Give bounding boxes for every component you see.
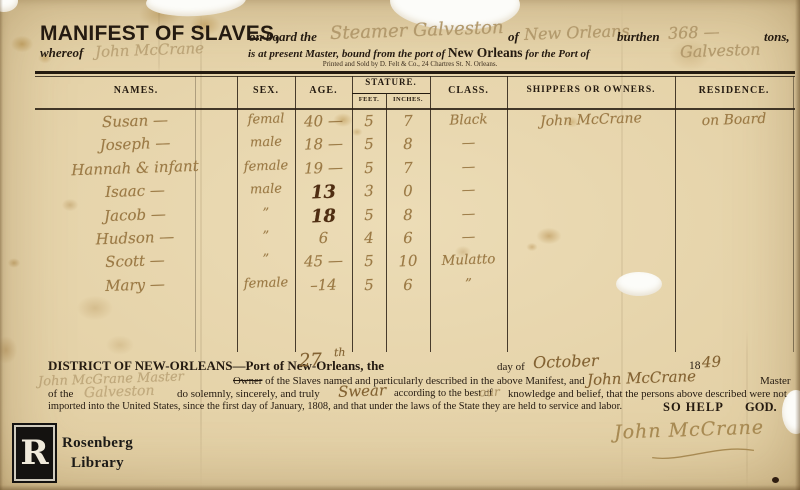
- of-label: of: [508, 29, 519, 45]
- cell-sex: female: [239, 158, 293, 175]
- cell-feet: 5: [354, 158, 385, 177]
- cell-inches: 6: [388, 275, 429, 294]
- col-header-sex: SEX.: [237, 85, 295, 96]
- cell-class: —: [432, 134, 506, 153]
- cell-residence: [677, 204, 791, 208]
- cell-feet: 3: [354, 182, 385, 201]
- cell-feet: 5: [354, 275, 385, 294]
- imported-line: imported into the United States, since t…: [48, 401, 622, 412]
- cell-class: —: [432, 228, 506, 247]
- cell-age: 13: [297, 181, 351, 204]
- belief-line: knowledge and belief, that the persons a…: [508, 388, 787, 400]
- month-handwritten: October: [533, 351, 599, 372]
- cell-sex: male: [239, 134, 293, 151]
- tons-label: tons,: [764, 29, 790, 45]
- cell-sex: ”: [239, 205, 293, 222]
- destination-port-handwritten: Galveston: [680, 40, 761, 62]
- cell-inches: 7: [388, 158, 429, 177]
- day-suffix-handwritten: th: [334, 346, 346, 359]
- our-handwritten: our: [479, 385, 500, 400]
- ink-speck: [772, 477, 779, 483]
- cell-age: 40 —: [297, 111, 351, 131]
- master-line: is at present Master, bound from the por…: [248, 45, 590, 61]
- cell-class: Mulatto: [432, 251, 506, 270]
- cell-age: 19 —: [297, 158, 351, 178]
- master-line-text: is at present Master, bound from the por…: [248, 48, 445, 60]
- swear-handwritten: Swear: [338, 381, 387, 401]
- master-name-handwritten: John McCrane: [95, 39, 205, 61]
- for-port-label: for the Port of: [525, 48, 589, 60]
- table-row: Jacob — ” 18 5 8 —: [0, 206, 800, 228]
- vessel-name-handwritten-2: Galveston: [84, 383, 155, 401]
- master-word: Master: [760, 375, 791, 387]
- cell-name: Mary —: [42, 273, 229, 297]
- paper-tear: [145, 0, 246, 19]
- burthen-label: burthen: [617, 29, 660, 45]
- cell-residence: [677, 274, 791, 278]
- cell-sex: female: [239, 275, 293, 292]
- manifest-document: MANIFEST OF SLAVES, on board the Steamer…: [0, 0, 800, 490]
- cell-class: —: [432, 158, 506, 177]
- owner-line: Owner of the Slaves named and particular…: [233, 375, 585, 387]
- cell-age: 6: [297, 228, 351, 248]
- whereof-label: whereof: [40, 45, 83, 61]
- table-row: Hudson — ” 6 4 6 —: [0, 229, 800, 251]
- god-label: GOD.: [745, 400, 777, 415]
- stature-sub-rule: [352, 93, 430, 94]
- table-row: Susan — femal 40 — 5 7 Black John McCran…: [0, 112, 800, 134]
- cell-name: Jacob —: [42, 202, 229, 226]
- stamp-initial-letter: R: [20, 436, 48, 470]
- col-header-class: CLASS.: [430, 85, 507, 96]
- cell-feet: 5: [354, 205, 385, 224]
- stamp-line1: Rosenberg: [62, 435, 133, 452]
- cell-residence: [677, 157, 791, 161]
- cell-class: —: [432, 181, 506, 200]
- cell-sex: femal: [239, 111, 293, 128]
- port-of-new-orleans: New Orleans: [448, 45, 523, 60]
- signature-flourish: [648, 443, 759, 463]
- so-help-label: SO HELP: [663, 400, 724, 415]
- cell-class: —: [432, 204, 506, 223]
- col-header-residence: RESIDENCE.: [675, 85, 793, 96]
- table-top-rule: [35, 71, 795, 74]
- table-header-rule: [35, 108, 795, 110]
- col-header-stature: STATURE.: [352, 77, 430, 87]
- cell-shipper: John McCrane: [509, 109, 673, 131]
- table-row: Mary — female –14 5 6 ”: [0, 276, 800, 298]
- cell-age: –14: [297, 275, 351, 295]
- cell-inches: 0: [388, 181, 429, 200]
- col-header-age: AGE.: [295, 85, 352, 96]
- cell-inches: 6: [388, 228, 429, 247]
- table-row: Isaac — male 13 3 0 —: [0, 182, 800, 204]
- cell-sex: ”: [239, 251, 293, 268]
- cell-age: 45 —: [297, 251, 351, 271]
- cell-inches: 8: [388, 205, 429, 224]
- cell-residence: on Board: [677, 110, 791, 130]
- table-row: Scott — ” 45 — 5 10 Mulatto: [0, 252, 800, 274]
- cell-residence: [677, 227, 791, 231]
- cell-age: 18: [297, 205, 351, 228]
- col-header-feet: FEET.: [352, 96, 386, 103]
- cell-age: 18 —: [297, 134, 351, 154]
- col-header-shippers: SHIPPERS OR OWNERS.: [507, 85, 675, 95]
- cell-name: Susan —: [42, 109, 229, 133]
- tonnage-handwritten: 368 —: [668, 22, 720, 43]
- signature-handwritten: John McCrane: [614, 416, 765, 443]
- of-the-label: of the: [48, 388, 73, 400]
- printer-imprint: Printed and Sold by D. Felt & Co., 24 Ch…: [280, 60, 540, 68]
- paper-edge: [0, 485, 800, 490]
- cell-class: ”: [432, 275, 506, 294]
- cell-name: Joseph —: [42, 132, 229, 156]
- cell-name: Hudson —: [42, 226, 229, 250]
- cell-feet: 5: [354, 252, 385, 271]
- cell-sex: male: [239, 181, 293, 198]
- cell-name: Isaac —: [42, 179, 229, 203]
- cell-inches: 8: [388, 135, 429, 154]
- cell-inches: 7: [388, 111, 429, 130]
- stamp-line2: Library: [71, 455, 124, 472]
- swear-line: do solemnly, sincerely, and truly: [177, 388, 320, 400]
- cell-feet: 5: [354, 111, 385, 130]
- home-port-handwritten: New Orleans: [524, 21, 630, 44]
- day-of-label: day of: [497, 361, 525, 373]
- according-line: according to the best of: [394, 388, 493, 399]
- vessel-name-handwritten: Steamer Galveston: [330, 17, 504, 44]
- table-row: Joseph — male 18 — 5 8 —: [0, 135, 800, 157]
- col-header-inches: INCHES.: [386, 96, 430, 103]
- cell-name: Scott —: [42, 249, 229, 273]
- rosenberg-stamp-initial-block: R: [12, 423, 57, 483]
- day-handwritten: 27: [299, 350, 323, 372]
- year-handwritten: 49: [702, 353, 722, 372]
- owner-line-text: of the Slaves named and particularly des…: [265, 375, 585, 387]
- on-board-label: on board the: [249, 29, 317, 45]
- master-name-handwritten-2: John McCrane: [587, 367, 697, 389]
- cell-name: Hannah & infant: [42, 156, 229, 180]
- owner-word-struck: Owner: [233, 375, 262, 387]
- cell-feet: 4: [354, 228, 385, 247]
- cell-sex: ”: [239, 228, 293, 245]
- cell-feet: 5: [354, 135, 385, 154]
- paper-tear: [0, 0, 18, 12]
- col-header-names: NAMES.: [35, 85, 237, 96]
- table-row: Hannah & infant female 19 — 5 7 —: [0, 159, 800, 181]
- cell-inches: 10: [388, 252, 429, 271]
- cell-class: Black: [432, 111, 506, 130]
